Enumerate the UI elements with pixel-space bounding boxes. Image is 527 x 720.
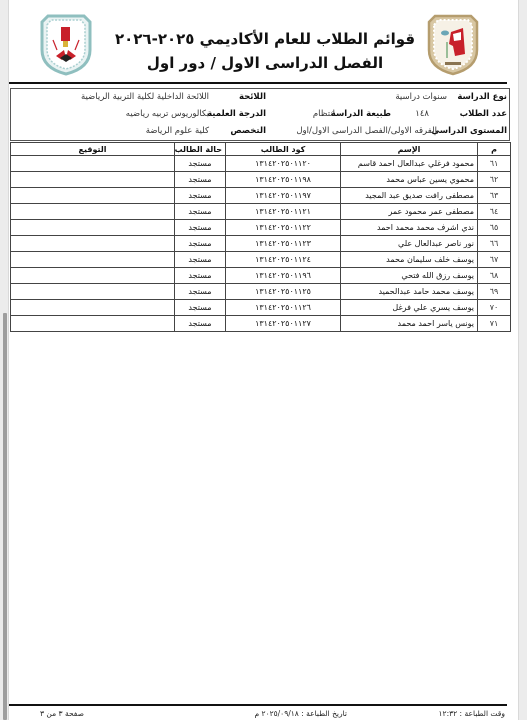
student-code: ١٣١٤٢٠٢٥٠١١٢٢ <box>226 220 341 236</box>
student-status: مستجد <box>175 268 226 284</box>
student-name: يوسف يسري علي فرغل <box>341 300 478 316</box>
specialization-value: كلية علوم الرياضة <box>146 126 209 136</box>
table-row: ٦٢ محموي يسين عباس محمد ١٣١٤٢٠٢٥٠١١٩٨ مس… <box>11 172 511 188</box>
student-name: محموي يسين عباس محمد <box>341 172 478 188</box>
student-count-value: ١٤٨ <box>415 109 429 119</box>
row-number: ٦٧ <box>478 252 511 268</box>
level-value: الفرقه الاولى/الفصل الدراسى الاول/اول <box>296 126 437 136</box>
footer-divider <box>9 704 507 706</box>
student-status: مستجد <box>175 220 226 236</box>
signature-cell <box>11 300 175 316</box>
signature-cell <box>11 188 175 204</box>
print-time: وقت الطباعة : ١٢:٣٢ <box>439 709 505 718</box>
student-status: مستجد <box>175 252 226 268</box>
column-header-name: الإسم <box>341 143 478 156</box>
study-type-value: سنوات دراسية <box>395 92 447 102</box>
student-name: نور ناصر عبدالعال علي <box>341 236 478 252</box>
student-status: مستجد <box>175 156 226 172</box>
course-info-box: نوع الدراسة سنوات دراسية عدد الطلاب ١٤٨ … <box>10 88 510 141</box>
student-status: مستجد <box>175 316 226 332</box>
row-number: ٦٤ <box>478 204 511 220</box>
student-code: ١٣١٤٢٠٢٥٠١١٢١ <box>226 204 341 220</box>
student-name: مصطفى عمر محمود عمر <box>341 204 478 220</box>
page-subtitle: الفصل الدراسى الاول / دور اول <box>110 54 420 72</box>
specialization-label: التخصص <box>230 126 266 136</box>
row-number: ٧٠ <box>478 300 511 316</box>
regulation-label: اللائحة <box>239 92 266 102</box>
student-code: ١٣١٤٢٠٢٥٠١١٩٧ <box>226 188 341 204</box>
page-number: صفحة ٣ من ٣ <box>40 709 84 718</box>
column-header-no: م <box>478 143 511 156</box>
student-code: ١٣١٤٢٠٢٥٠١١٩٨ <box>226 172 341 188</box>
signature-cell <box>11 316 175 332</box>
study-type-label: نوع الدراسة <box>457 92 507 102</box>
student-name: مصطفى رافت صديق عبد المجيد <box>341 188 478 204</box>
student-code: ١٣١٤٢٠٢٥٠١١٢٣ <box>226 236 341 252</box>
signature-cell <box>11 284 175 300</box>
student-status: مستجد <box>175 204 226 220</box>
student-name: يوسف محمد حامد عبدالحميد <box>341 284 478 300</box>
student-name: يونس ياسر احمد محمد <box>341 316 478 332</box>
student-name: ندي اشرف محمد محمد احمد <box>341 220 478 236</box>
signature-cell <box>11 236 175 252</box>
table-row: ٦٥ ندي اشرف محمد محمد احمد ١٣١٤٢٠٢٥٠١١٢٢… <box>11 220 511 236</box>
student-name: يوسف رزق الله فتحي <box>341 268 478 284</box>
right-margin <box>518 0 527 720</box>
student-status: مستجد <box>175 172 226 188</box>
page-title: قوائم الطلاب للعام الأكاديمي ٢٠٢٥-٢٠٢٦ <box>110 30 420 48</box>
student-code: ١٣١٤٢٠٢٥٠١١٢٥ <box>226 284 341 300</box>
university-logo-icon <box>425 12 481 76</box>
signature-cell <box>11 220 175 236</box>
signature-cell <box>11 204 175 220</box>
column-header-status: حالة الطالب <box>175 143 226 156</box>
student-code: ١٣١٤٢٠٢٥٠١١٢٦ <box>226 300 341 316</box>
student-status: مستجد <box>175 300 226 316</box>
table-row: ٦٨ يوسف رزق الله فتحي ١٣١٤٢٠٢٥٠١١٩٦ مستج… <box>11 268 511 284</box>
table-row: ٦٤ مصطفى عمر محمود عمر ١٣١٤٢٠٢٥٠١١٢١ مست… <box>11 204 511 220</box>
signature-cell <box>11 252 175 268</box>
degree-label: الدرجة العلمية <box>207 109 266 119</box>
student-code: ١٣١٤٢٠٢٥٠١١٩٦ <box>226 268 341 284</box>
student-count-label: عدد الطلاب <box>460 109 507 119</box>
degree-value: بكالوريوس تربيه رياضيه <box>126 109 209 119</box>
student-status: مستجد <box>175 188 226 204</box>
column-header-signature: التوقيع <box>11 143 175 156</box>
student-code: ١٣١٤٢٠٢٥٠١١٢٠ <box>226 156 341 172</box>
table-row: ٦٦ نور ناصر عبدالعال علي ١٣١٤٢٠٢٥٠١١٢٣ م… <box>11 236 511 252</box>
signature-cell <box>11 156 175 172</box>
signature-cell <box>11 268 175 284</box>
header-divider <box>9 82 507 84</box>
row-number: ٦٣ <box>478 188 511 204</box>
table-row: ٦٩ يوسف محمد حامد عبدالحميد ١٣١٤٢٠٢٥٠١١٢… <box>11 284 511 300</box>
students-table: م الإسم كود الطالب حالة الطالب التوقيع ٦… <box>10 142 511 332</box>
vertical-scrollbar[interactable] <box>3 313 7 720</box>
student-status: مستجد <box>175 236 226 252</box>
table-row: ٧٠ يوسف يسري علي فرغل ١٣١٤٢٠٢٥٠١١٢٦ مستج… <box>11 300 511 316</box>
student-name: محمود فرغلي عبدالعال احمد قاسم <box>341 156 478 172</box>
student-name: يوسف خلف سليمان محمد <box>341 252 478 268</box>
table-row: ٦٧ يوسف خلف سليمان محمد ١٣١٤٢٠٢٥٠١١٢٤ مس… <box>11 252 511 268</box>
row-number: ٧١ <box>478 316 511 332</box>
row-number: ٦٨ <box>478 268 511 284</box>
row-number: ٦٥ <box>478 220 511 236</box>
table-row: ٧١ يونس ياسر احمد محمد ١٣١٤٢٠٢٥٠١١٢٧ مست… <box>11 316 511 332</box>
row-number: ٦١ <box>478 156 511 172</box>
regulation-value: اللائحة الداخلية لكلية التربية الرياضية <box>81 92 209 102</box>
table-header-row: م الإسم كود الطالب حالة الطالب التوقيع <box>11 143 511 156</box>
signature-cell <box>11 172 175 188</box>
student-status: مستجد <box>175 284 226 300</box>
column-header-code: كود الطالب <box>226 143 341 156</box>
study-nature-value: انتظام <box>313 109 335 119</box>
level-label: المستوى الدراسي <box>431 126 507 136</box>
study-nature-label: طبيعة الدراسة <box>331 109 391 119</box>
table-row: ٦٣ مصطفى رافت صديق عبد المجيد ١٣١٤٢٠٢٥٠١… <box>11 188 511 204</box>
row-number: ٦٩ <box>478 284 511 300</box>
row-number: ٦٦ <box>478 236 511 252</box>
print-date: تاريخ الطباعة : ٢٠٢٥/٠٩/١٨ م <box>255 709 347 718</box>
student-code: ١٣١٤٢٠٢٥٠١١٢٧ <box>226 316 341 332</box>
table-row: ٦١ محمود فرغلي عبدالعال احمد قاسم ١٣١٤٢٠… <box>11 156 511 172</box>
student-code: ١٣١٤٢٠٢٥٠١١٢٤ <box>226 252 341 268</box>
faculty-logo-icon <box>38 12 94 76</box>
row-number: ٦٢ <box>478 172 511 188</box>
